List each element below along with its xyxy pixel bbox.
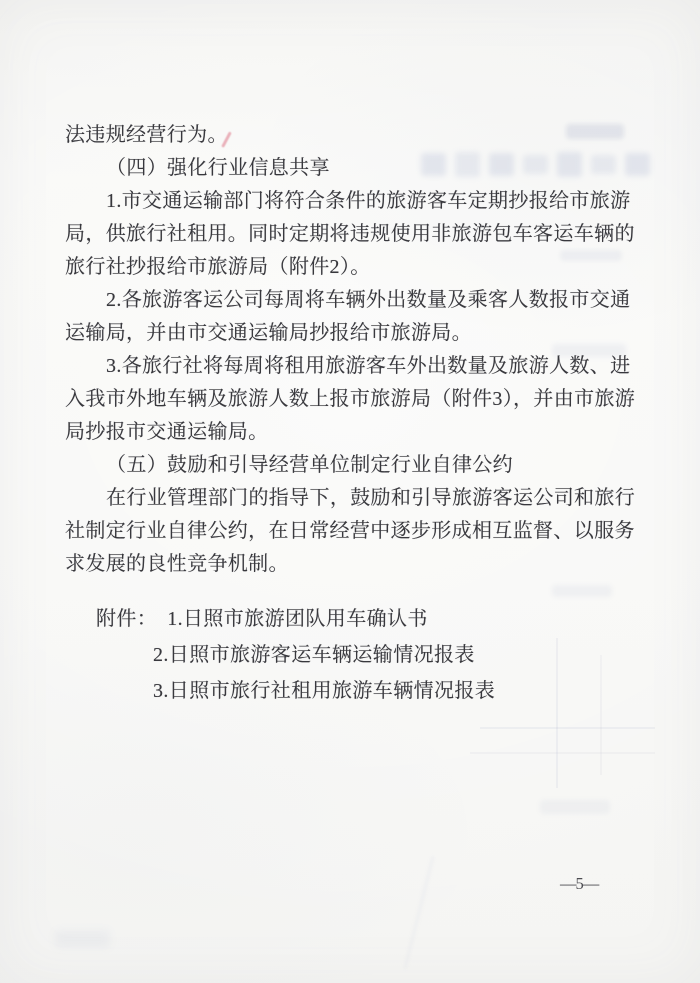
scanned-document-page: 法违规经营行为。 （四）强化行业信息共享 1.市交通运输部门将符合条件的旅游客车… [0,0,700,983]
body-text-line: 运输局，并由市交通运输局抄报给市旅游局。 [65,317,621,350]
ink-bleedthrough-mark [540,800,610,814]
attachment-item-3: 3.日照市旅行社租用旅游车辆情况报表 [65,673,621,709]
body-text-line: 法违规经营行为。 [65,119,621,152]
scan-streak-artifact [404,856,434,968]
body-text-line: 局抄报市交通运输局。 [65,416,621,449]
body-text-line: 局，供旅行社租用。同时定期将违规使用非旅游包车客运车辆的 [65,218,621,251]
document-body: 法违规经营行为。 （四）强化行业信息共享 1.市交通运输部门将符合条件的旅游客车… [65,119,621,709]
body-text-line: 在行业管理部门的指导下，鼓励和引导旅游客运公司和旅行 [65,482,621,515]
section-heading-four: （四）强化行业信息共享 [65,152,621,185]
section-heading-five: （五）鼓励和引导经营单位制定行业自律公约 [65,449,621,482]
body-text-line: 1.市交通运输部门将符合条件的旅游客车定期抄报给市旅游 [65,185,621,218]
attachment-item-1-text: 1.日照市旅游团队用车确认书 [167,608,428,630]
body-text-line: 旅行社抄报给市旅游局（附件2）。 [65,251,621,284]
attachment-item-1: 附件：1.日照市旅游团队用车确认书 [65,601,621,637]
body-text-line: 社制定行业自律公约，在日常经营中逐步形成相互监督、以服务 [65,515,621,548]
attachments-label: 附件： [96,608,167,630]
ink-bleedthrough-mark [55,930,110,948]
attachment-item-2: 2.日照市旅游客运车辆运输情况报表 [65,637,621,673]
attachments-list: 附件：1.日照市旅游团队用车确认书 2.日照市旅游客运车辆运输情况报表 3.日照… [65,601,621,709]
page-number: —5— [560,874,598,894]
body-text-line: 求发展的良性竞争机制。 [65,548,621,581]
body-text-line: 2.各旅游客运公司每周将车辆外出数量及乘客人数报市交通 [65,284,621,317]
table-bleedthrough-line [480,727,655,729]
body-text-line: 3.各旅行社将每周将租用旅游客车外出数量及旅游人数、进 [65,350,621,383]
body-text-line: 入我市外地车辆及旅游人数上报市旅游局（附件3），并由市旅游 [65,383,621,416]
table-bleedthrough-line [470,752,655,754]
